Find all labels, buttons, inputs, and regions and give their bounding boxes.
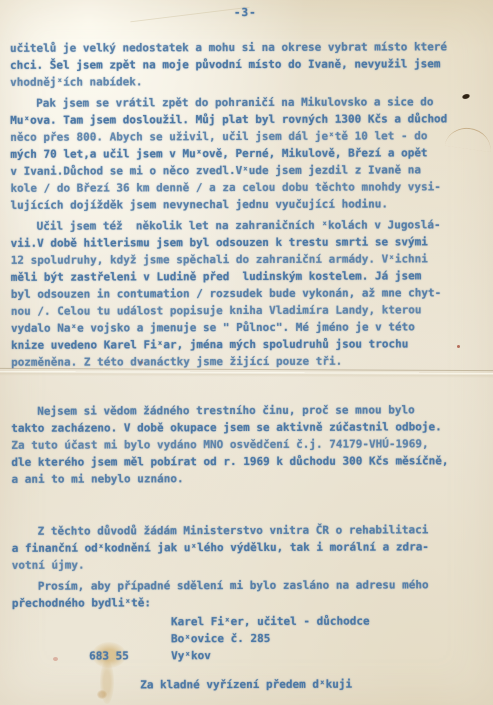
postal-code: 683 55 [89, 647, 129, 664]
text-line: a finanční odˣkodnění jak uˣlého výdělku… [12, 538, 464, 557]
text-line: vii.V době hitlerismu jsem byl odsouzen … [11, 233, 463, 252]
text-line: Prosím, aby případné sdělení mi bylo zas… [12, 576, 464, 595]
text-line: Z těchto důvodů žádám Ministerstvo vnitr… [12, 521, 464, 540]
scanned-letter-page: -3- učitelů je velký nedostatek a mohu s… [0, 0, 493, 705]
text-line: měli být zastřeleni v Ludině před ludins… [11, 267, 463, 286]
text-line: Za tuto účast mi bylo vydáno MNO osvědče… [11, 435, 463, 454]
text-line: přechodného bydliˣtě: [12, 593, 464, 612]
text-line: Učil jsem též několik let na zahraničníc… [11, 216, 463, 235]
paragraph: Z těchto důvodů žádám Ministerstvo vnitr… [12, 521, 464, 574]
paragraph: Pak jsem se vrátil zpět do pohraničí na … [10, 93, 462, 214]
text-line: dle kterého jsem měl pobírat od r. 1969 … [11, 452, 463, 471]
text-line: a ani to mi nebylo uznáno. [11, 469, 463, 488]
text-line: knize uvedeno Karel Fiˣar, jména mých sp… [11, 335, 463, 354]
paragraph: Prosím, aby případné sdělení mi bylo zas… [12, 576, 464, 612]
address-block: Karel Fiˣer, učitel - důchodce Boˣovice … [12, 612, 464, 665]
text-line: kole / do Březí 36 km denně / a za celou… [10, 178, 462, 197]
text-line: Nejsem si vědom žádného trestního činu, … [11, 401, 463, 420]
text-line: vydalo Naˣe vojsko a jmenuje se " Půlnoc… [11, 318, 463, 337]
address-name-line: Karel Fiˣer, učitel - důchodce [171, 612, 464, 630]
text-line: 12 spoludruhy, když jsme spěchali do zah… [11, 250, 463, 269]
text-line: takto zacházeno. V době okupace jsem se … [11, 418, 463, 437]
text-line: lujících dojížděk jsem nevynechal jednu … [10, 195, 462, 214]
document-paragraphs: učitelů je velký nedostatek a mohu si na… [10, 38, 464, 612]
text-line: mých 70 let,a učil jsem v Muˣově, Perné,… [10, 144, 462, 163]
text-line: votní újmy. [12, 555, 464, 574]
text-line: vhodnějˣích nabídek. [10, 72, 462, 91]
paragraph: učitelů je velký nedostatek a mohu si na… [10, 38, 462, 91]
text-line: byl odsouzen in contumation / rozsudek b… [11, 284, 463, 303]
text-line: chci. Šel jsem zpět na moje původní míst… [10, 55, 462, 74]
text-line: Pak jsem se vrátil zpět do pohraničí na … [10, 93, 462, 112]
document-body: učitelů je velký nedostatek a mohu si na… [0, 18, 493, 694]
paragraph: Nejsem si vědom žádného trestního činu, … [11, 401, 463, 488]
text-line: nou /. Celou tu událost popisuje kniha V… [11, 301, 463, 320]
address-street-line: Boˣovice č. 285 [171, 629, 464, 647]
text-line: Muˣova. Tam jsem dosloužil. Můj plat byl… [10, 110, 462, 129]
closing-line: Za kladné vyřízení předem dˣkuji [12, 675, 464, 694]
text-line: pozměněna. Z této dvanáctky jsme žijící … [11, 352, 463, 371]
text-line: učitelů je velký nedostatek a mohu si na… [10, 38, 462, 57]
address-city-line: Vyˣkov [171, 646, 464, 664]
text-line: v Ivani.Důchod se mi o něco zvedl.Vˣude … [10, 161, 462, 180]
text-line: něco přes 800. Abych se uživil, učil jse… [10, 127, 462, 146]
paragraph: Učil jsem též několik let na zahraničníc… [11, 216, 464, 371]
